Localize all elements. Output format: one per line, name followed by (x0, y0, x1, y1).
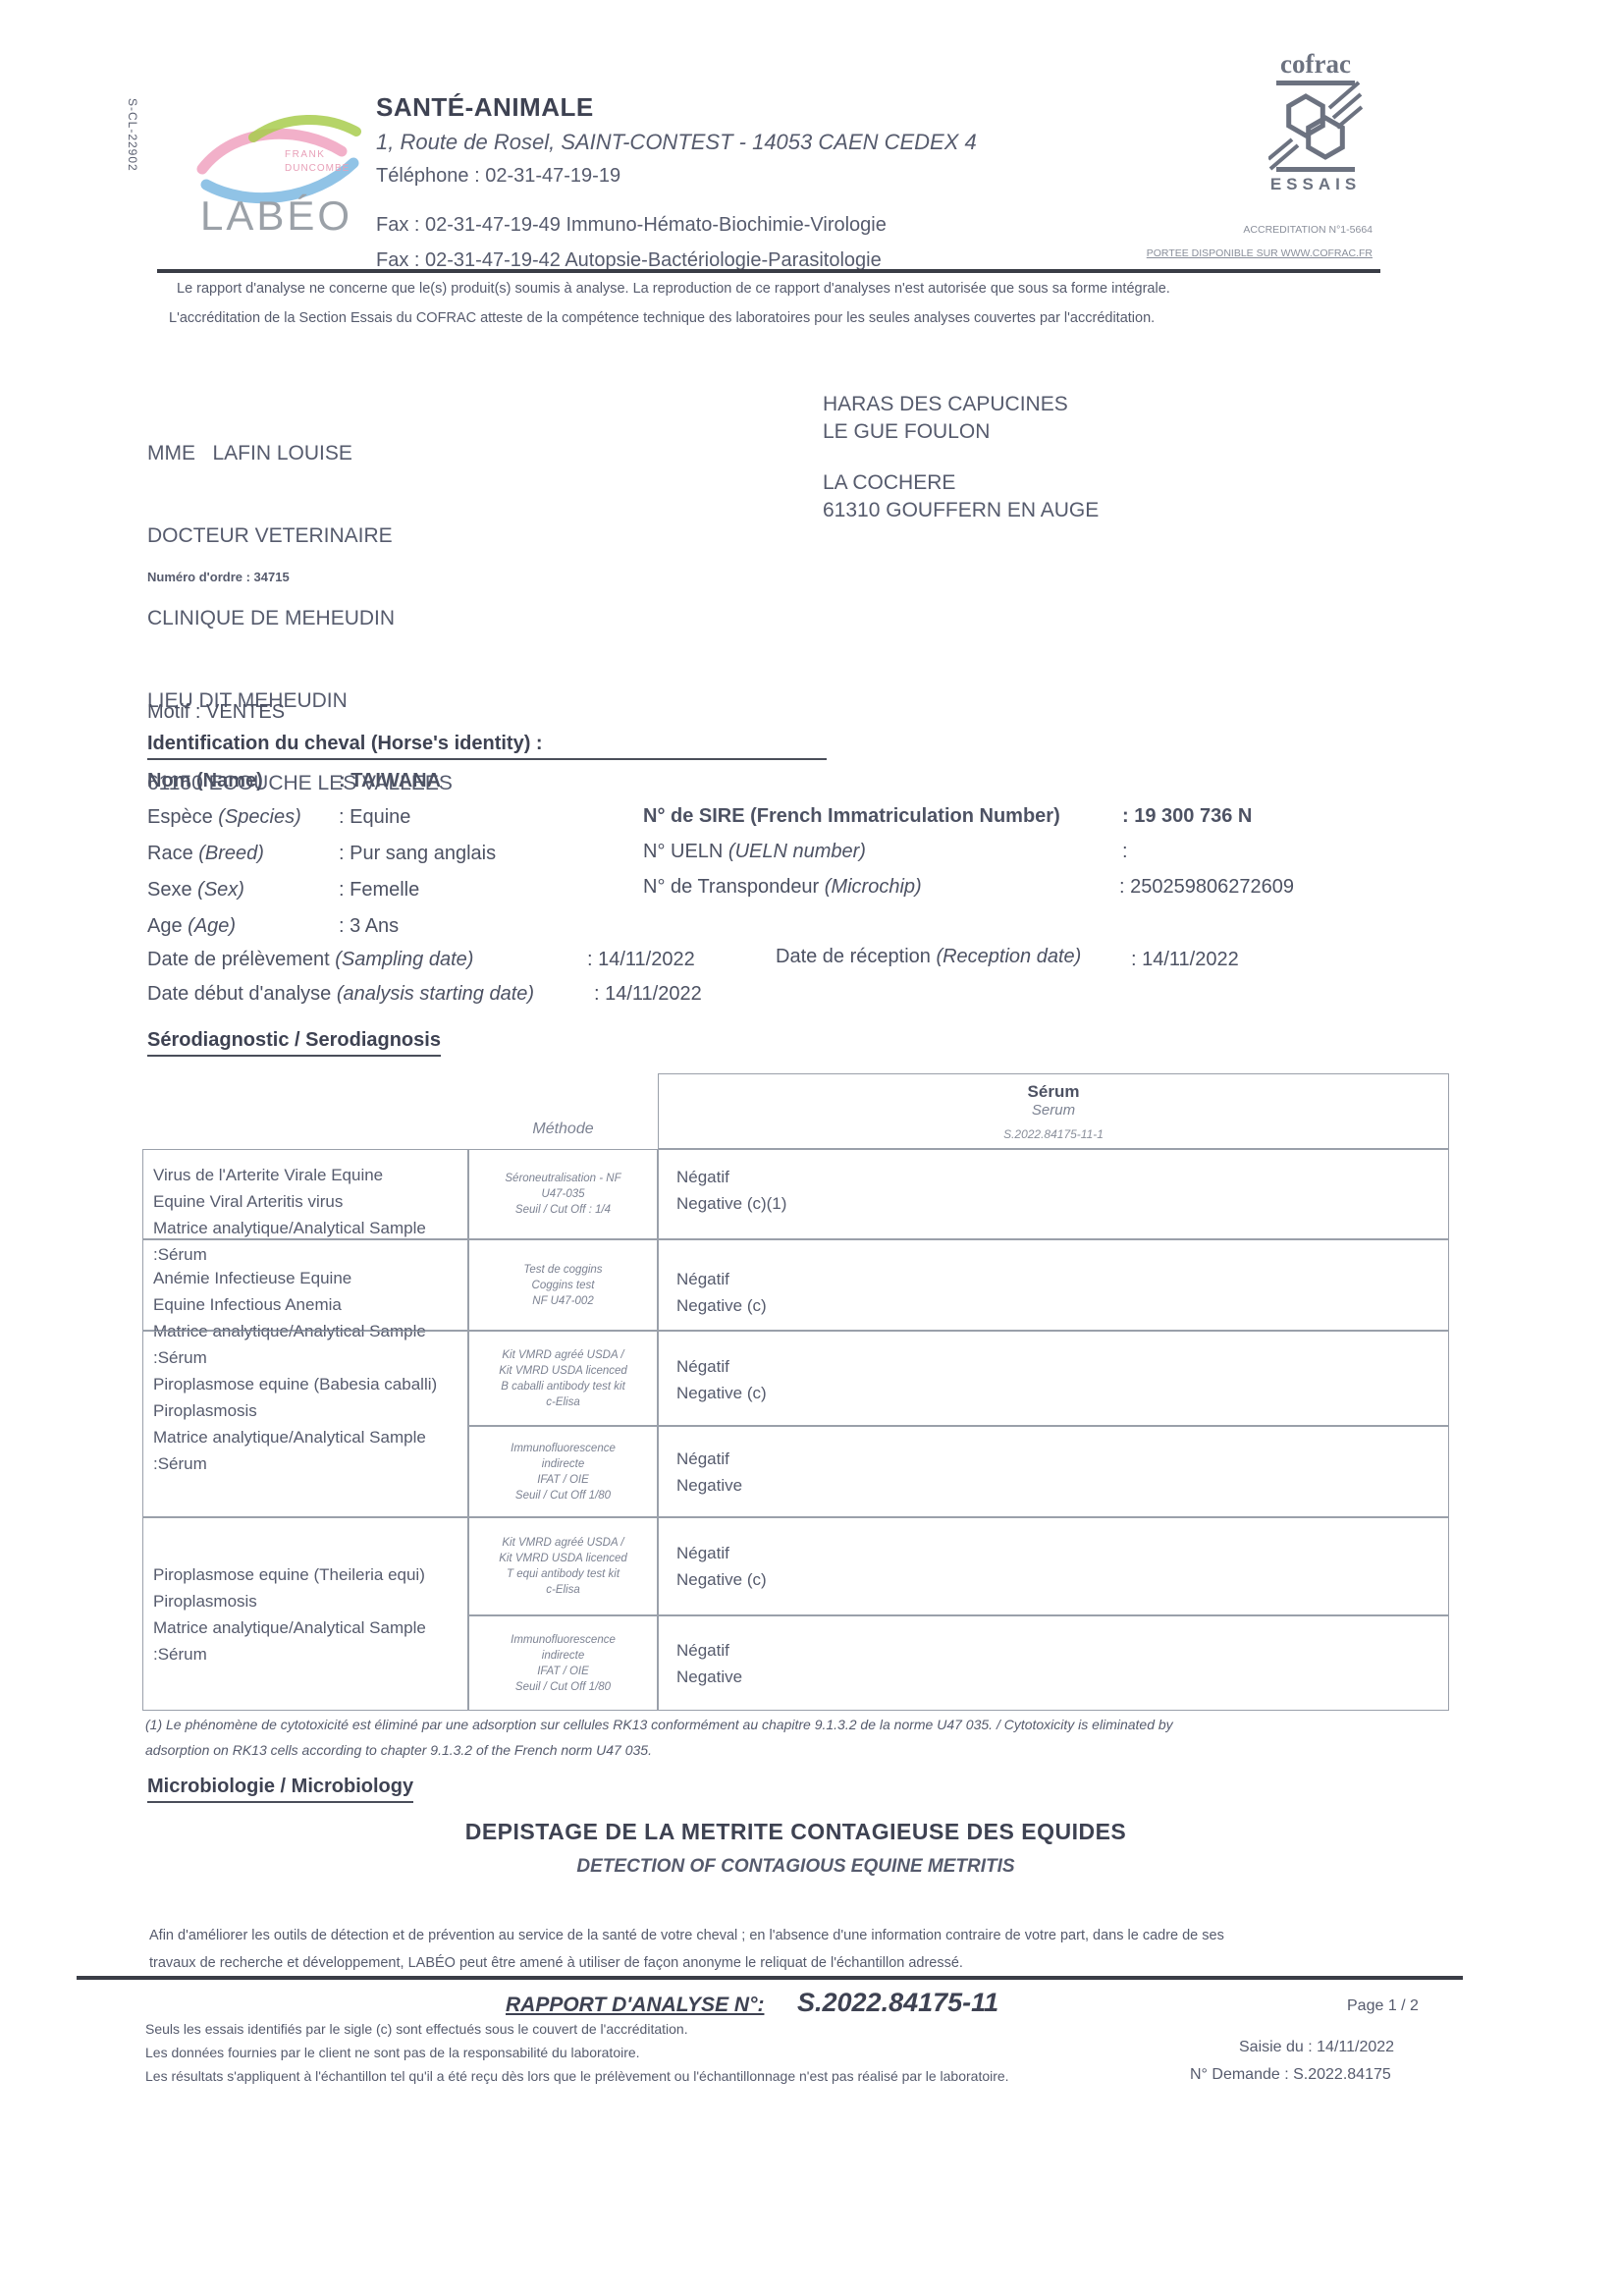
sample-header-en: Serum (659, 1102, 1448, 1119)
sampling-label-en: (Sampling date) (335, 949, 473, 970)
owner-line: HARAS DES CAPUCINES (823, 391, 1068, 418)
request-number: N° Demande : S.2022.84175 (1190, 2066, 1391, 2084)
method-line: c-Elisa (546, 1394, 580, 1410)
footer-divider (77, 1976, 1463, 1980)
method-line: Seuil / Cut Off 1/80 (515, 1679, 611, 1695)
method-column-header: Méthode (468, 1121, 658, 1138)
microbiology-section-title: Microbiologie / Microbiology (147, 1776, 413, 1803)
department-title: SANTÉ-ANIMALE (376, 92, 594, 123)
sample-header-cell: Sérum Serum S.2022.84175-11-1 (658, 1073, 1449, 1149)
age-label: Age (Age) (147, 915, 236, 938)
sampling-label-fr: Date de prélèvement (147, 949, 335, 970)
breed-value: : Pur sang anglais (339, 843, 496, 865)
lab-fax-1: Fax : 02-31-47-19-49 Immuno-Hémato-Bioch… (376, 214, 887, 237)
sex-label: Sexe (Sex) (147, 879, 244, 902)
method-line: Seuil / Cut Off 1/80 (515, 1488, 611, 1503)
analysis-cell: Piroplasmose equine (Theileria equi) Pir… (142, 1517, 468, 1711)
notice-line-2: travaux de recherche et développement, L… (149, 1955, 963, 1971)
analysis-start-label: Date début d'analyse (analysis starting … (147, 983, 534, 1006)
cofrac-logo: cofrac ESSAIS (1268, 51, 1363, 200)
reception-date-value: : 14/11/2022 (1131, 949, 1239, 971)
method-line: Kit VMRD agréé USDA / (502, 1347, 623, 1363)
result-line: Negative (c) (676, 1380, 1448, 1406)
ueln-value: : (1122, 841, 1128, 863)
owner-line: LA COCHERE (823, 469, 1099, 497)
species-label-fr: Espèce (147, 806, 218, 828)
analysis-start-value: : 14/11/2022 (594, 983, 702, 1006)
serology-table: Sérum Serum S.2022.84175-11-1 Méthode Vi… (142, 1073, 1449, 1711)
method-cell: Test de coggins Coggins test NF U47-002 (468, 1239, 658, 1331)
sampling-date-value: : 14/11/2022 (587, 949, 695, 971)
result-line: Négatif (676, 1637, 1448, 1664)
chip-label-fr: N° de Transpondeur (643, 876, 825, 898)
method-line: Kit VMRD USDA licenced (499, 1551, 627, 1566)
sampling-date-label: Date de prélèvement (Sampling date) (147, 949, 473, 971)
start-label-en: (analysis starting date) (337, 983, 534, 1005)
report-number-value: S.2022.84175-11 (797, 1988, 998, 2018)
lab-report-page: S-CL-22902 FRANK DUNCOMBE LABÉO SANTÉ-AN… (0, 0, 1616, 2296)
svg-text:cofrac: cofrac (1280, 51, 1351, 79)
serology-section-title: Sérodiagnostic / Serodiagnosis (147, 1029, 441, 1057)
lab-phone: Téléphone : 02-31-47-19-19 (376, 165, 620, 188)
result-cell: Négatif Negative (658, 1615, 1449, 1711)
notice-line-1: Afin d'améliorer les outils de détection… (149, 1928, 1224, 1943)
start-label-fr: Date début d'analyse (147, 983, 337, 1005)
reception-label-en: (Reception date) (936, 946, 1081, 967)
disclaimer-line-2: L'accréditation de la Section Essais du … (169, 310, 1155, 326)
method-cell: Séroneutralisation - NF U47-035 Seuil / … (468, 1149, 658, 1239)
result-line: Negative (c) (676, 1292, 1448, 1319)
horse-name-value: : TAIWANA (339, 770, 441, 793)
chip-value: : 250259806272609 (1119, 876, 1294, 899)
owner-address-bottom: LA COCHERE 61310 GOUFFERN EN AUGE (823, 469, 1099, 524)
analysis-cell: Anémie Infectieuse Equine Equine Infecti… (142, 1239, 468, 1331)
metritis-screening-title-fr: DEPISTAGE DE LA METRITE CONTAGIEUSE DES … (142, 1819, 1449, 1845)
sample-header-fr: Sérum (659, 1082, 1448, 1102)
method-line: Séroneutralisation - NF (505, 1171, 620, 1186)
cytotoxicity-footnote-line-1: (1) Le phénomène de cytotoxicité est éli… (145, 1717, 1173, 1732)
footer-note-2: Les données fournies par le client ne so… (145, 2045, 640, 2060)
method-cell: Immunofluorescence indirecte IFAT / OIE … (468, 1615, 658, 1711)
sex-label-en: (Sex) (197, 879, 244, 901)
analysis-line: Piroplasmosis (153, 1588, 459, 1614)
method-line: IFAT / OIE (537, 1472, 589, 1488)
method-line: Seuil / Cut Off : 1/4 (515, 1202, 611, 1218)
result-line: Négatif (676, 1353, 1448, 1380)
recipient-line: CLINIQUE DE MEHEUDIN (147, 605, 453, 632)
method-line: c-Elisa (546, 1582, 580, 1598)
analysis-line: Anémie Infectieuse Equine (153, 1265, 459, 1291)
method-line: indirecte (542, 1456, 584, 1472)
ueln-label: N° UELN (UELN number) (643, 841, 866, 863)
age-label-fr: Age (147, 915, 188, 937)
method-line: Coggins test (532, 1278, 595, 1293)
analysis-line: Matrice analytique/Analytical Sample :Sé… (153, 1614, 459, 1667)
result-line: Négatif (676, 1164, 1448, 1190)
method-cell: Kit VMRD agréé USDA / Kit VMRD USDA lice… (468, 1517, 658, 1615)
method-line: U47-035 (541, 1186, 584, 1202)
method-line: T equi antibody test kit (507, 1566, 619, 1582)
analysis-line: Matrice analytique/Analytical Sample :Sé… (153, 1424, 459, 1477)
footer-note-1: Seuls les essais identifiés par le sigle… (145, 2021, 688, 2037)
disclaimer-line-1: Le rapport d'analyse ne concerne que le(… (177, 281, 1170, 297)
cofrac-essais-icon: cofrac ESSAIS (1268, 51, 1363, 200)
method-line: Kit VMRD agréé USDA / (502, 1535, 623, 1551)
page-indicator: Page 1 / 2 (1347, 1997, 1419, 2015)
owner-line: 61310 GOUFFERN EN AUGE (823, 497, 1099, 524)
sire-label: N° de SIRE (French Immatriculation Numbe… (643, 805, 1060, 828)
method-line: Immunofluorescence (511, 1632, 616, 1648)
logo-wordmark: LABÉO (200, 192, 352, 240)
result-line: Negative (676, 1472, 1448, 1499)
svg-text:ESSAIS: ESSAIS (1270, 175, 1361, 193)
entry-date: Saisie du : 14/11/2022 (1239, 2039, 1394, 2056)
result-cell: Négatif Negative (c) (658, 1517, 1449, 1615)
method-line: Immunofluorescence (511, 1441, 616, 1456)
method-line: IFAT / OIE (537, 1664, 589, 1679)
breed-label-fr: Race (147, 843, 198, 864)
analysis-line: Virus de l'Arterite Virale Equine (153, 1162, 459, 1188)
motif: Motif : VENTES (147, 701, 285, 724)
logo-subtext-duncombe: DUNCOMBE (285, 163, 350, 174)
ueln-label-en: (UELN number) (728, 841, 866, 862)
recipient-line: MME LAFIN LOUISE (147, 440, 453, 467)
metritis-screening-title-en: DETECTION OF CONTAGIOUS EQUINE METRITIS (142, 1856, 1449, 1878)
ueln-label-fr: N° UELN (643, 841, 728, 862)
species-label: Espèce (Species) (147, 806, 301, 829)
sex-value: : Femelle (339, 879, 419, 902)
method-line: Test de coggins (523, 1262, 602, 1278)
result-line: Négatif (676, 1540, 1448, 1566)
order-number: Numéro d'ordre : 34715 (147, 570, 290, 584)
reception-date-label: Date de réception (Reception date) (776, 946, 1081, 968)
recipient-line: DOCTEUR VETERINAIRE (147, 522, 453, 550)
header-divider (157, 269, 1380, 273)
analysis-cell: Virus de l'Arterite Virale Equine Equine… (142, 1149, 468, 1239)
identity-section-title: Identification du cheval (Horse's identi… (147, 733, 827, 760)
breed-label-en: (Breed) (198, 843, 264, 864)
method-cell: Kit VMRD agréé USDA / Kit VMRD USDA lice… (468, 1331, 658, 1426)
lab-address: 1, Route de Rosel, SAINT-CONTEST - 14053… (376, 130, 977, 155)
species-value: : Equine (339, 806, 410, 829)
owner-address-top: HARAS DES CAPUCINES LE GUE FOULON (823, 391, 1068, 446)
age-value: : 3 Ans (339, 915, 399, 938)
species-label-en: (Species) (218, 806, 300, 828)
method-line: Kit VMRD USDA licenced (499, 1363, 627, 1379)
method-line: B caballi antibody test kit (501, 1379, 625, 1394)
result-cell: Négatif Negative (c) (658, 1239, 1449, 1331)
sex-label-fr: Sexe (147, 879, 197, 901)
sire-value: : 19 300 736 N (1122, 805, 1252, 828)
method-cell: Immunofluorescence indirecte IFAT / OIE … (468, 1426, 658, 1517)
chip-label-en: (Microchip) (825, 876, 922, 898)
breed-label: Race (Breed) (147, 843, 264, 865)
analysis-line: Equine Viral Arteritis virus (153, 1188, 459, 1215)
result-cell: Négatif Negative (658, 1426, 1449, 1517)
analysis-line: Piroplasmose equine (Babesia caballi) (153, 1371, 459, 1397)
owner-line: LE GUE FOULON (823, 418, 1068, 446)
result-line: Négatif (676, 1446, 1448, 1472)
result-line: Negative (c)(1) (676, 1190, 1448, 1217)
result-line: Négatif (676, 1266, 1448, 1292)
result-line: Negative (c) (676, 1566, 1448, 1593)
cytotoxicity-footnote-line-2: adsorption on RK13 cells according to ch… (145, 1742, 652, 1758)
result-cell: Négatif Negative (c) (658, 1331, 1449, 1426)
horse-name-label: Nom (Name) (147, 770, 263, 793)
report-number-label: RAPPORT D'ANALYSE N°: (506, 1994, 764, 2017)
result-line: Negative (676, 1664, 1448, 1690)
analysis-line: Piroplasmose equine (Theileria equi) (153, 1561, 459, 1588)
method-line: indirecte (542, 1648, 584, 1664)
accreditation-number: ACCREDITATION N°1-5664 (1070, 224, 1373, 236)
method-line: NF U47-002 (532, 1293, 593, 1309)
chip-label: N° de Transpondeur (Microchip) (643, 876, 922, 899)
reception-label-fr: Date de réception (776, 946, 936, 967)
footer-note-3: Les résultats s'appliquent à l'échantill… (145, 2068, 1009, 2084)
analysis-line: Piroplasmosis (153, 1397, 459, 1424)
sample-id: S.2022.84175-11-1 (659, 1127, 1448, 1141)
cofrac-portee-link: PORTEE DISPONIBLE SUR WWW.COFRAC.FR (1021, 247, 1373, 259)
document-side-code: S-CL-22902 (126, 98, 139, 172)
analysis-cell: Piroplasmose equine (Babesia caballi) Pi… (142, 1331, 468, 1517)
result-cell: Négatif Negative (c)(1) (658, 1149, 1449, 1239)
age-label-en: (Age) (188, 915, 236, 937)
logo-subtext-frank: FRANK (285, 149, 325, 160)
analysis-line: Equine Infectious Anemia (153, 1291, 459, 1318)
